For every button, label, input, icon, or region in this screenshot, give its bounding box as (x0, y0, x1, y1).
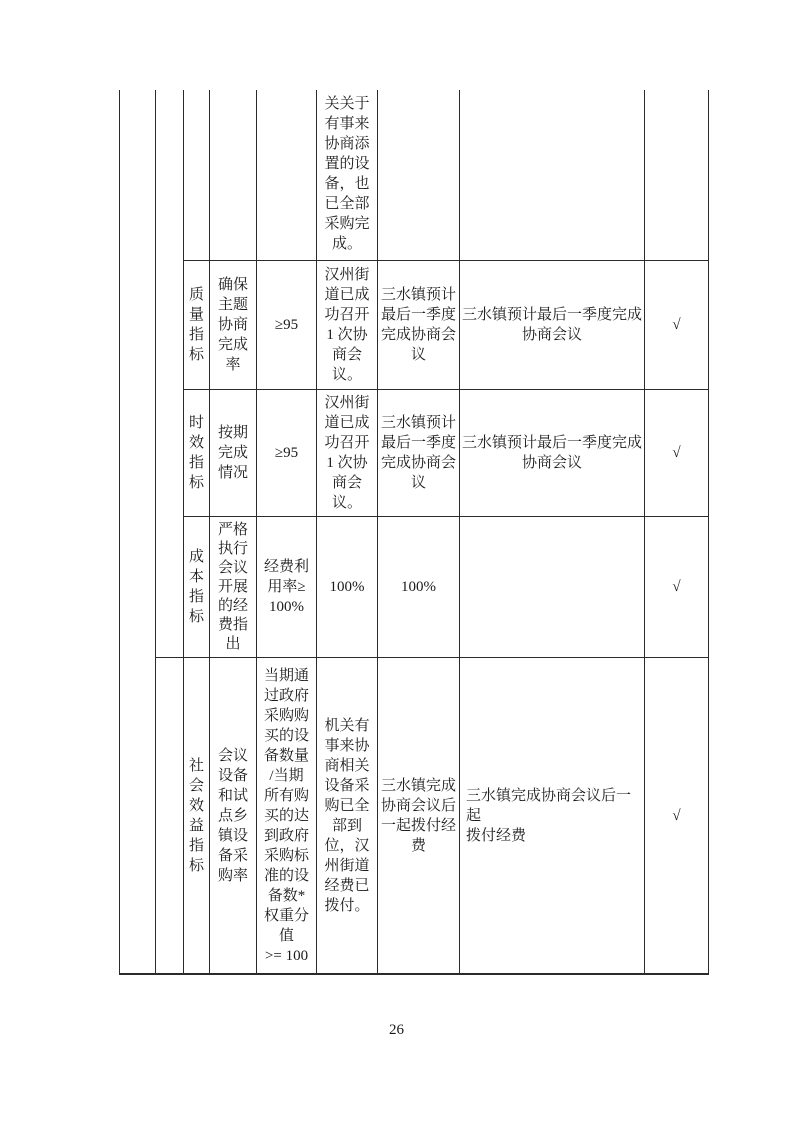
empty-cell (378, 90, 460, 261)
cell-town-forecast: 三水镇预计 最后一季度 完成协商会 议 (378, 390, 460, 517)
cell-indicator-value: 当期通 过政府 采购购 买的设 备数量 /当期 所有购 买的达 到政府 采购标 … (257, 658, 317, 973)
cell-indicator-value: ≥95 (257, 261, 317, 390)
cell-town-forecast: 三水镇预计 最后一季度 完成协商会 议 (378, 261, 460, 390)
cell-deviation-note: 三水镇预计最后一季度完成 协商会议 (460, 261, 645, 390)
cell-completion-status: 汉州街 道已成 功召开 1 次协 商会 议。 (317, 390, 378, 517)
cell-category: 成 本 指 标 (184, 517, 210, 658)
empty-cell (645, 90, 709, 261)
cell-deviation-note: 三水镇预计最后一季度完成 协商会议 (460, 390, 645, 517)
cell-category: 质 量 指 标 (184, 261, 210, 390)
empty-cell (210, 90, 257, 261)
checkmark: √ (645, 261, 709, 390)
indicator-table: 关关于 有事来 协商添 置的设 备，也 已全部 采购完 成。 质 量 指 标 确… (119, 90, 709, 975)
cell-indicator-value: ≥95 (257, 390, 317, 517)
merged-group-cell (120, 90, 156, 973)
cell-deviation-note: 三水镇完成协商会议后一起 拨付经费 (460, 658, 645, 973)
cell-indicator-name: 会议 设备 和试 点乡 镇设 备采 购率 (210, 658, 257, 973)
merged-subgroup-cell-output (156, 90, 184, 658)
page-number: 26 (0, 1022, 793, 1039)
cell-indicator-name: 按期 完成 情况 (210, 390, 257, 517)
cell-deviation-note (460, 517, 645, 658)
merged-subgroup-cell-benefit (156, 658, 184, 973)
cell-completion-status: 关关于 有事来 协商添 置的设 备，也 已全部 采购完 成。 (317, 90, 378, 261)
cell-category: 社 会 效 益 指 标 (184, 658, 210, 973)
cell-category: 时 效 指 标 (184, 390, 210, 517)
checkmark: √ (645, 517, 709, 658)
empty-cell (184, 90, 210, 261)
cell-completion-status: 100% (317, 517, 378, 658)
cell-town-forecast: 100% (378, 517, 460, 658)
cell-indicator-value: 经费利 用率≥ 100% (257, 517, 317, 658)
checkmark: √ (645, 658, 709, 973)
checkmark: √ (645, 390, 709, 517)
cell-completion-status: 机关有 事来协 商相关 设备采 购已全 部到 位，汉 州街道 经费已 拨付。 (317, 658, 378, 973)
empty-cell (257, 90, 317, 261)
cell-completion-status: 汉州街 道已成 功召开 1 次协 商会 议。 (317, 261, 378, 390)
cell-indicator-name: 严格 执行 会议 开展 的经 费指 出 (210, 517, 257, 658)
cell-indicator-name: 确保 主题 协商 完成 率 (210, 261, 257, 390)
empty-cell (460, 90, 645, 261)
cell-town-forecast: 三水镇完成 协商会议后 一起拨付经 费 (378, 658, 460, 973)
document-page: 关关于 有事来 协商添 置的设 备，也 已全部 采购完 成。 质 量 指 标 确… (0, 0, 793, 1122)
